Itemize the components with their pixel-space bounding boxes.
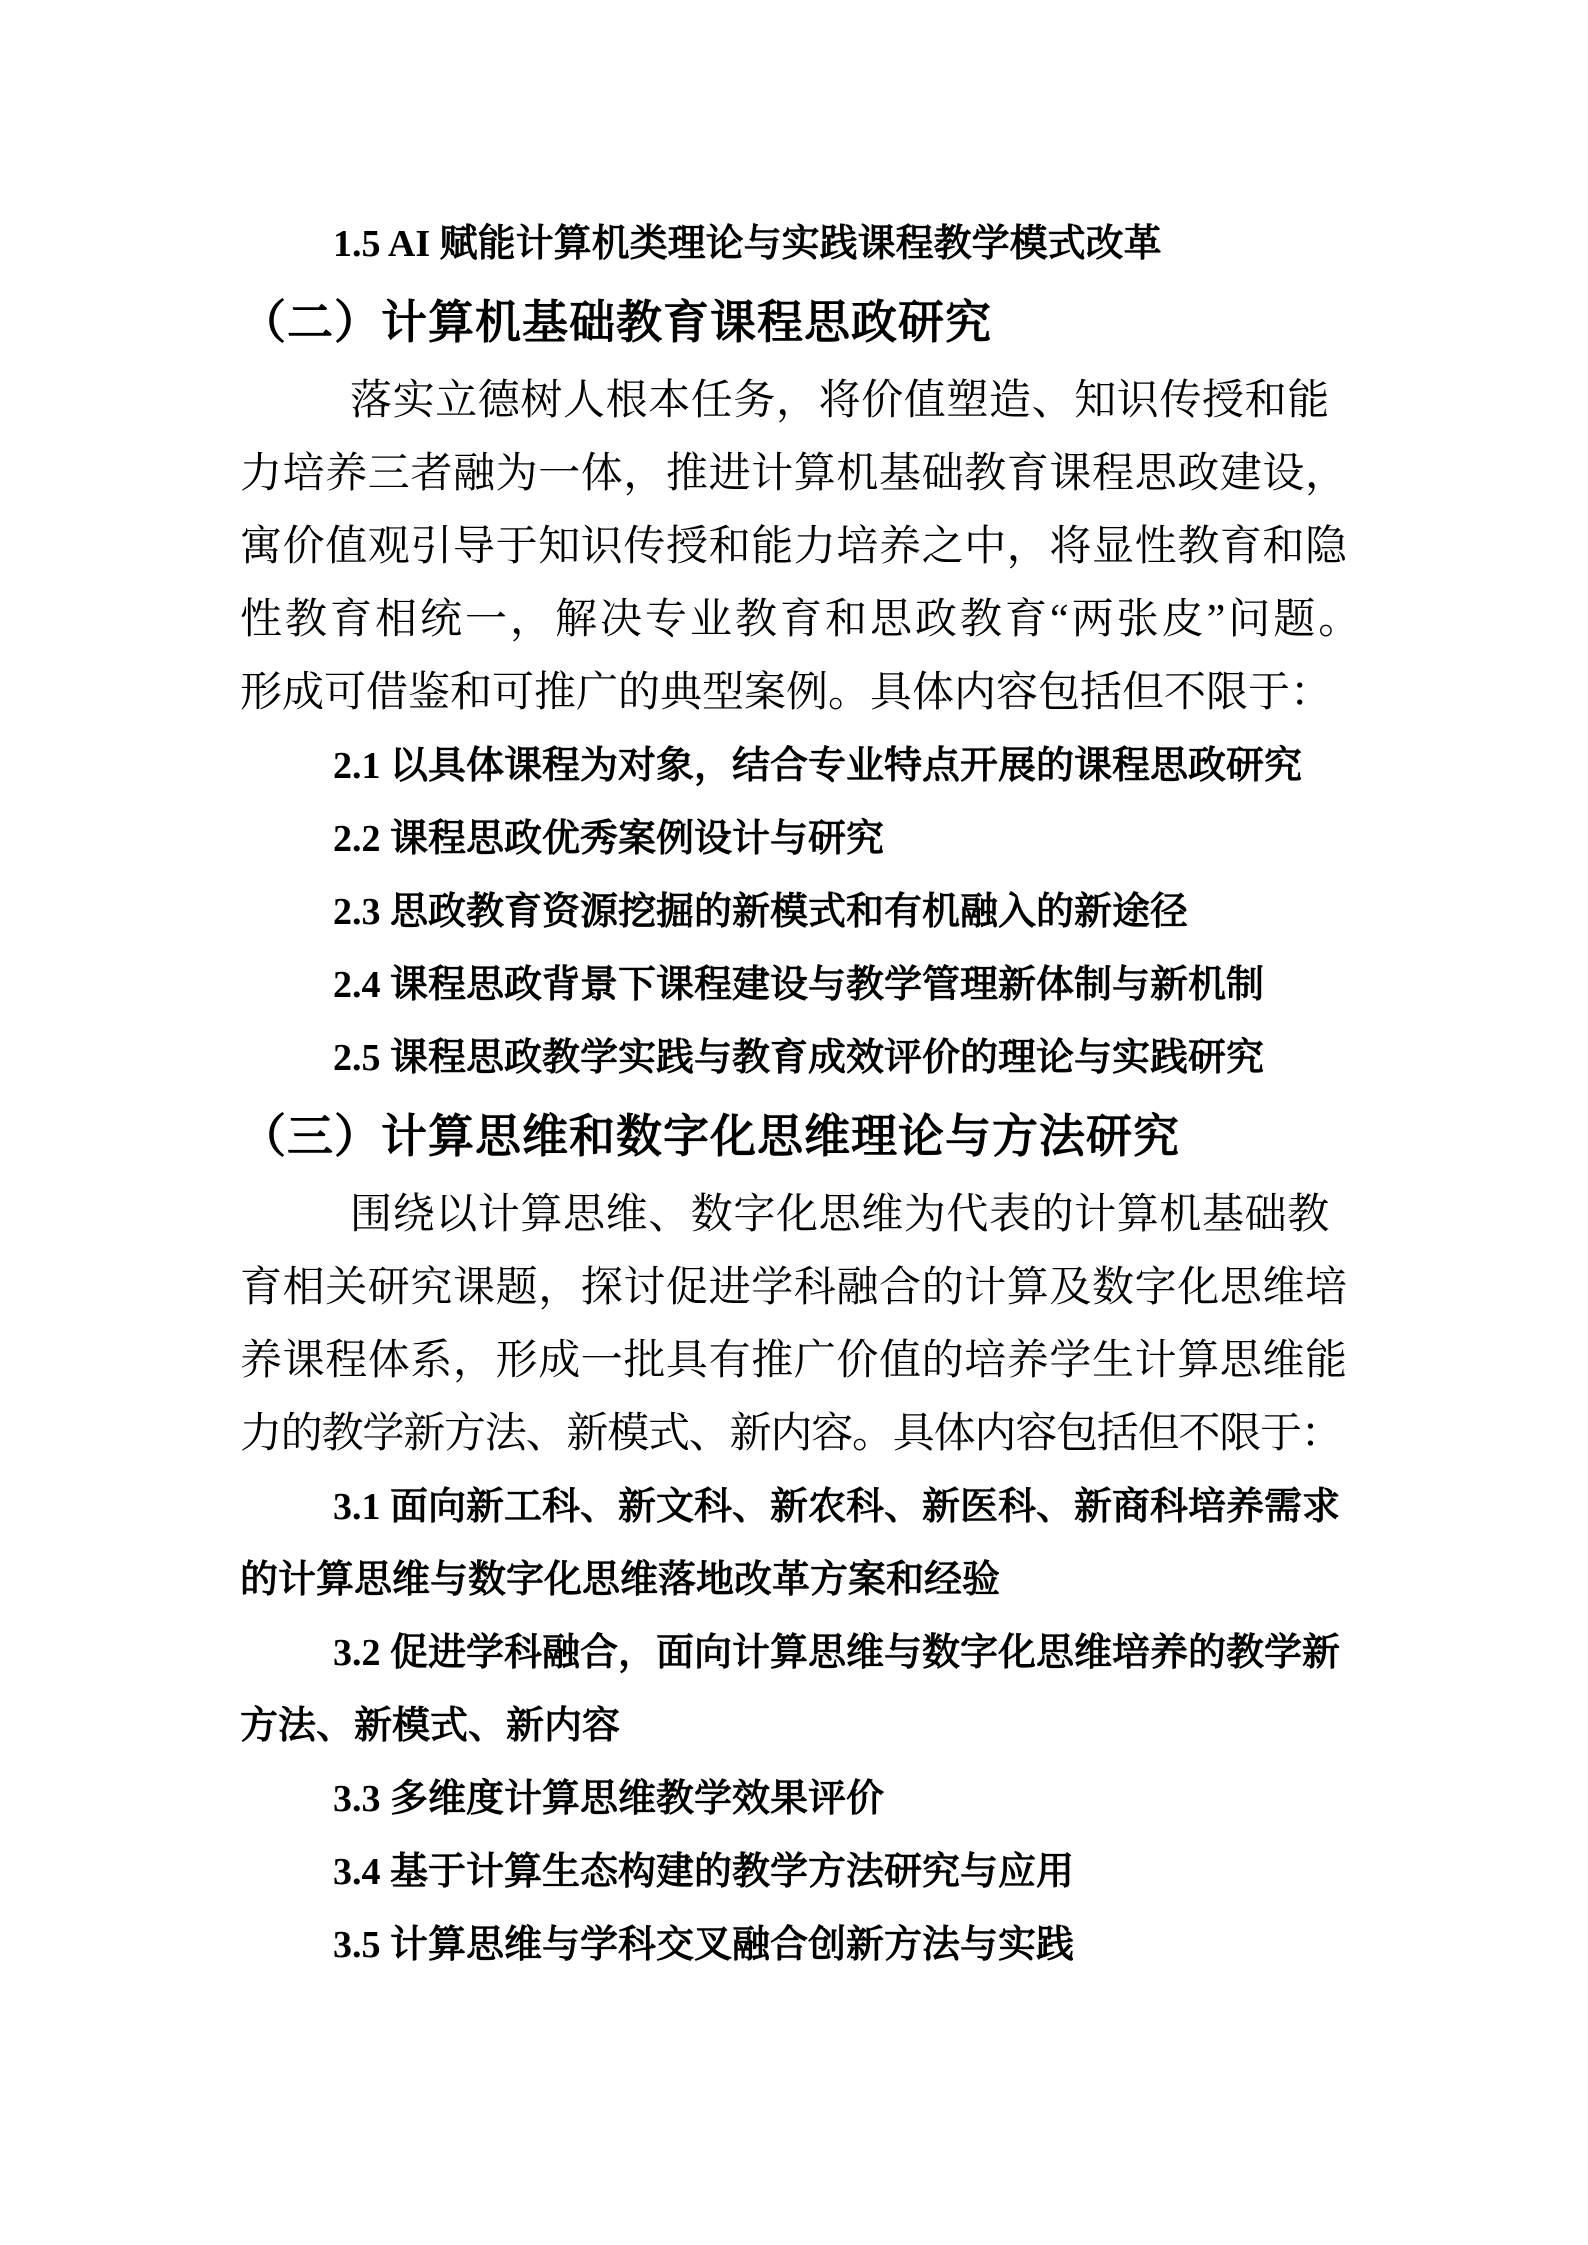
list-item-3-1-continuation: 的计算思维与数字化思维落地改革方案和经验 (240, 1544, 1350, 1617)
list-item-3-3: 3.3 多维度计算思维教学效果评价 (240, 1763, 1350, 1836)
list-item-2-4: 2.4 课程思政背景下课程建设与教学管理新体制与新机制 (240, 949, 1350, 1022)
list-item-3-1: 3.1 面向新工科、新文科、新农科、新医科、新商科培养需求 (240, 1471, 1350, 1544)
paragraph-line: 养课程体系，形成一批具有推广价值的培养学生计算思维能 (240, 1325, 1350, 1398)
paragraph-line: 性教育相统一，解决专业教育和思政教育“两张皮”问题。 (240, 584, 1350, 657)
document-content: 1.5 AI 赋能计算机类理论与实践课程教学模式改革 （二）计算机基础教育课程思… (240, 208, 1350, 1982)
paragraph-line: 寓价值观引导于知识传授和能力培养之中，将显性教育和隐 (240, 511, 1350, 584)
paragraph-line: 育相关研究课题，探讨促进学科融合的计算及数字化思维培 (240, 1252, 1350, 1325)
list-item-1-5: 1.5 AI 赋能计算机类理论与实践课程教学模式改革 (240, 208, 1350, 281)
list-item-3-2: 3.2 促进学科融合，面向计算思维与数字化思维培养的教学新 (240, 1617, 1350, 1690)
paragraph-line: 围绕以计算思维、数字化思维为代表的计算机基础教 (240, 1179, 1350, 1252)
document-page: 1.5 AI 赋能计算机类理论与实践课程教学模式改革 （二）计算机基础教育课程思… (0, 0, 1588, 2245)
paragraph-line: 力培养三者融为一体，推进计算机基础教育课程思政建设， (240, 438, 1350, 511)
paragraph-line: 形成可借鉴和可推广的典型案例。具体内容包括但不限于： (240, 657, 1350, 730)
list-item-2-1: 2.1 以具体课程为对象，结合专业特点开展的课程思政研究 (240, 730, 1350, 803)
section-heading-3: （三）计算思维和数字化思维理论与方法研究 (240, 1095, 1350, 1179)
list-item-3-2-continuation: 方法、新模式、新内容 (240, 1690, 1350, 1763)
list-item-2-2: 2.2 课程思政优秀案例设计与研究 (240, 803, 1350, 876)
list-item-2-3: 2.3 思政教育资源挖掘的新模式和有机融入的新途径 (240, 876, 1350, 949)
paragraph-line: 力的教学新方法、新模式、新内容。具体内容包括但不限于： (240, 1398, 1350, 1471)
section-heading-2: （二）计算机基础教育课程思政研究 (240, 281, 1350, 365)
list-item-2-5: 2.5 课程思政教学实践与教育成效评价的理论与实践研究 (240, 1022, 1350, 1095)
paragraph-line: 落实立德树人根本任务，将价值塑造、知识传授和能 (240, 365, 1350, 438)
list-item-3-4: 3.4 基于计算生态构建的教学方法研究与应用 (240, 1836, 1350, 1909)
list-item-3-5: 3.5 计算思维与学科交叉融合创新方法与实践 (240, 1909, 1350, 1982)
